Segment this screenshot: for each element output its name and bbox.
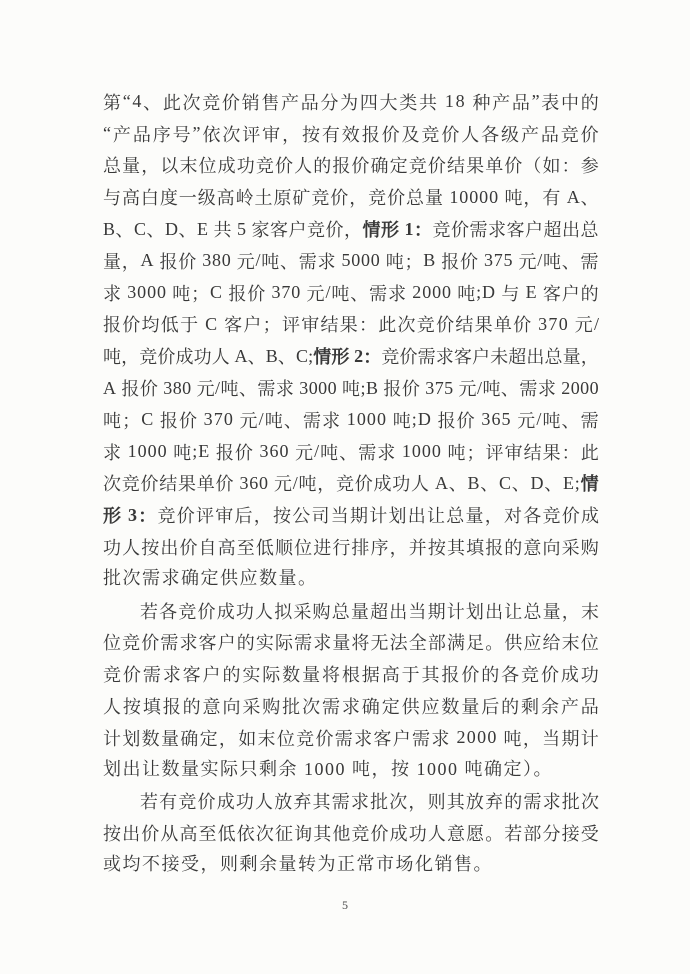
- text-line: 人按填报的意向采购批次需求确定供应数量后的剩余产品: [103, 690, 599, 722]
- text-line: 量，A 报价 380 元/吨、需求 5000 吨；B 报价 375 元/吨、需: [103, 245, 599, 277]
- text-line: A 报价 380 元/吨、需求 3000 吨;B 报价 375 元/吨、需求 2…: [103, 372, 599, 404]
- text-line: 求 3000 吨；C 报价 370 元/吨、需求 2000 吨;D 与 E 客户…: [103, 277, 599, 309]
- text-line: “产品序号”依次评审，按有效报价及竞价人各级产品竞价: [103, 118, 599, 150]
- text-line: 吨；C 报价 370 元/吨、需求 1000 吨;D 报价 365 元/吨、需: [103, 404, 599, 436]
- text-line: 报价均低于 C 客户；评审结果：此次竞价结果单价 370 元/: [103, 309, 599, 341]
- text-run: 或均不接受，则剩余量转为正常市场化销售。: [103, 854, 493, 874]
- text-run: 划出让数量实际只剩余 1000 吨，按 1000 吨确定）。: [103, 759, 553, 779]
- text-line: 竞价需求客户的实际数量将根据高于其报价的各竞价成功: [103, 658, 599, 690]
- text-line: 若有竞价成功人放弃其需求批次，则其放弃的需求批次: [103, 786, 599, 818]
- text-line: 次竞价结果单价 360 元/吨，竞价成功人 A、B、C、D、E;情: [103, 468, 599, 500]
- text-line: 或均不接受，则剩余量转为正常市场化销售。: [103, 849, 599, 881]
- text-line: 计划数量确定，如末位竞价需求客户需求 2000 吨，当期计: [103, 722, 599, 754]
- text-line: 总量，以末位成功竞价人的报价确定竞价结果单价（如：参: [103, 150, 599, 182]
- text-line: 吨，竞价成功人 A、B、C;情形 2：竞价需求客户未超出总量，: [103, 340, 599, 372]
- text-line: 位竞价需求客户的实际需求量将无法全部满足。供应给末位: [103, 627, 599, 659]
- text-line: 功人按出价自高至低顺位进行排序，并按其填报的意向采购: [103, 531, 599, 563]
- text-line: 求 1000 吨;E 报价 360 元/吨、需求 1000 吨；评审结果：此: [103, 436, 599, 468]
- text-line: 若各竞价成功人拟采购总量超出当期计划出让总量，末: [103, 595, 599, 627]
- text-line: 形 3：竞价评审后，按公司当期计划出让总量，对各竞价成: [103, 499, 599, 531]
- text-line: 按出价从高至低依次征询其他竞价成功人意愿。若部分接受: [103, 817, 599, 849]
- document-body: 第“4、此次竞价销售产品分为四大类共 18 种产品”表中的“产品序号”依次评审，…: [103, 86, 599, 881]
- text-line: 批次需求确定供应数量。: [103, 563, 599, 595]
- text-line: 与高白度一级高岭土原矿竞价，竞价总量 10000 吨，有 A、: [103, 181, 599, 213]
- document-page: 第“4、此次竞价销售产品分为四大类共 18 种产品”表中的“产品序号”依次评审，…: [0, 0, 690, 974]
- text-line: B、C、D、E 共 5 家客户竞价，情形 1：竞价需求客户超出总: [103, 213, 599, 245]
- text-line: 第“4、此次竞价销售产品分为四大类共 18 种产品”表中的: [103, 86, 599, 118]
- text-run: 批次需求确定供应数量。: [103, 568, 318, 588]
- page-number: 5: [0, 898, 690, 913]
- text-line: 划出让数量实际只剩余 1000 吨，按 1000 吨确定）。: [103, 754, 599, 786]
